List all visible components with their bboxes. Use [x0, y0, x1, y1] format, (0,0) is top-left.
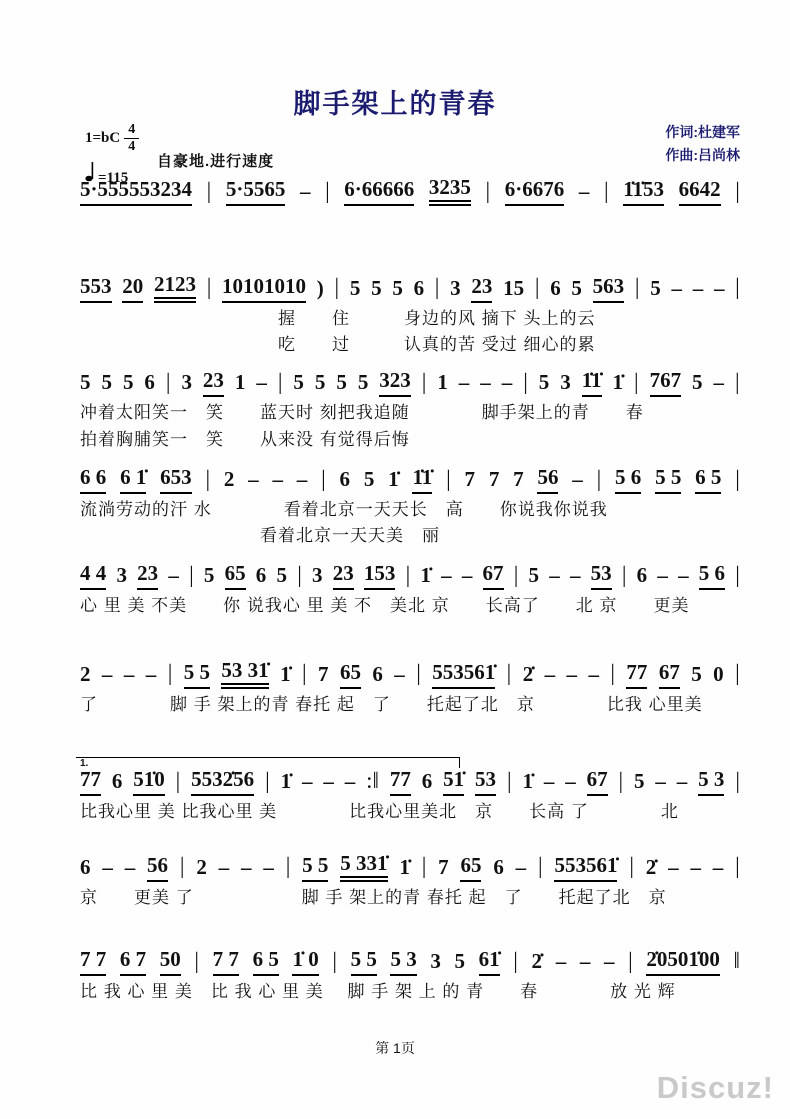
volta-bracket [76, 757, 460, 768]
barline: | [597, 466, 602, 494]
music-system: 4 4323–|56565|323153|1̇––67|5––53|6––5 6… [80, 562, 740, 659]
barline: | [278, 369, 283, 397]
barline: | [422, 369, 427, 397]
note-token: – [248, 468, 259, 494]
barline: | [523, 369, 528, 397]
note-token: 3 [450, 277, 461, 303]
note-token: 563 [593, 275, 625, 303]
music-system: 2–––|5 553 31̇1̇|7656–|553561̇|2̇–––|776… [80, 659, 740, 756]
note-token: 5 6 [615, 466, 641, 494]
barline: | [321, 466, 326, 494]
note-token: – [545, 663, 556, 689]
music-system: 1.77651̇0|5532̇56|1̇–––:‖77651̇53|1̇––67… [80, 755, 740, 852]
note-token: 6·6676 [505, 178, 565, 206]
note-token: 7 [318, 663, 329, 689]
note-token: 23 [471, 275, 492, 303]
barline: | [286, 853, 291, 881]
page-number: 第 1页 [0, 1038, 790, 1058]
note-token: 5 3 [698, 768, 724, 796]
expression-marking: 自豪地.进行速度 [157, 150, 274, 171]
barline: | [514, 562, 519, 590]
note-token: 1̇ [281, 770, 292, 796]
lyrics-line: 拍着胸脯笑一 笑 从来没 有觉得后悔 [80, 429, 740, 450]
note-token: – [459, 371, 470, 397]
note-token: 2 [196, 856, 207, 882]
note-token: 6 [144, 371, 155, 397]
note-token: 5 5 [302, 854, 328, 882]
note-token: 7 [489, 468, 500, 494]
note-token: 553561̇ [432, 661, 495, 689]
note-token: – [480, 371, 491, 397]
note-token: 2 [224, 468, 235, 494]
lyrics-line: 比 我 心 里 美 比 我 心 里 美 脚 手 架 上 的 青 春 放 光 辉 [80, 981, 740, 1002]
note-token: – [671, 277, 682, 303]
note-token: 6 [422, 770, 433, 796]
note-token: – [570, 564, 581, 590]
music-system: 5·555553234|5·5565–|6·666663235|6·6676–|… [80, 176, 740, 273]
note-token: – [677, 770, 688, 796]
note-token: – [462, 564, 473, 590]
note-token: 2̇0501̇00 [646, 948, 720, 976]
barline: | [168, 660, 173, 688]
barline: | [735, 274, 740, 302]
discuz-watermark: Discuz! [657, 1070, 774, 1106]
note-token: 23 [333, 562, 354, 590]
note-token: – [394, 663, 405, 689]
note-token: 6 5 [253, 948, 279, 976]
note-token: 5 [529, 564, 540, 590]
barline: | [735, 853, 740, 881]
note-token: – [263, 856, 274, 882]
note-token: 51̇ [443, 768, 464, 796]
note-token: 5 [392, 277, 403, 303]
note-token: – [124, 663, 135, 689]
note-token: 6642 [679, 178, 721, 206]
barline: | [538, 853, 543, 881]
note-token: 6 6 [80, 466, 106, 494]
note-token: 5 [571, 277, 582, 303]
note-token: – [565, 770, 576, 796]
lyrics-line: 京 更美 了 脚 手 架上的青 春托 起 了 托起了北 京 [80, 887, 740, 908]
notes-row: 7 76 750|7 76 51̇ 0|5 55 33561̇|2̇–––|2̇… [80, 948, 740, 976]
note-token: 15 [503, 277, 524, 303]
lyrics-line: 冲着太阳笑一 笑 蓝天时 刻把我追随 脚手架上的青 春 [80, 402, 740, 423]
note-token: 6 [550, 277, 561, 303]
note-token: – [556, 950, 567, 976]
note-token: 5·555553234 [80, 178, 192, 206]
note-token: – [441, 564, 452, 590]
notes-row: 6––56|2–––|5 55 331̇1̇|7656–|553561̇|2̇–… [80, 852, 740, 882]
note-token: 77 [626, 661, 647, 689]
note-token: 5532̇56 [191, 768, 254, 796]
note-token: 7 7 [213, 948, 239, 976]
barline: | [622, 562, 627, 590]
note-token: 56 [147, 854, 168, 882]
barline: | [634, 369, 639, 397]
barline: | [205, 466, 210, 494]
note-token: – [297, 468, 308, 494]
barline: | [735, 660, 740, 688]
note-token: 5 5 [351, 948, 377, 976]
barline: | [435, 274, 440, 302]
barline: | [406, 562, 411, 590]
note-token: 3 [116, 564, 127, 590]
note-token: 5 5 [655, 466, 681, 494]
note-token: 77 [390, 768, 411, 796]
note-token: 1̇1̇ [412, 466, 432, 494]
note-token: – [516, 856, 527, 882]
note-token: 53 [591, 562, 612, 590]
note-token: – [714, 371, 725, 397]
barline: | [332, 948, 337, 976]
note-token: – [668, 856, 679, 882]
note-token: 23 [203, 369, 224, 397]
note-token: 1 [235, 371, 246, 397]
note-token: – [567, 663, 578, 689]
barline: | [189, 562, 194, 590]
note-token: 323 [379, 369, 411, 397]
note-token: 1̇1̇53 [623, 178, 664, 206]
note-token: 653 [160, 466, 192, 494]
barline: | [604, 178, 609, 206]
note-token: 65 [225, 562, 246, 590]
note-token: – [655, 770, 666, 796]
barline: | [735, 369, 740, 397]
note-token: – [580, 950, 591, 976]
note-token: 77 [80, 768, 101, 796]
note-token: – [604, 950, 615, 976]
note-token: 65 [460, 854, 481, 882]
note-token: – [168, 564, 179, 590]
note-token: 3 [430, 950, 441, 976]
barline: | [610, 660, 615, 688]
note-token: 5 [691, 663, 702, 689]
note-token: 5·5565 [226, 178, 286, 206]
barline: | [176, 768, 181, 796]
note-token: – [713, 856, 724, 882]
barline: | [735, 562, 740, 590]
note-token: 67 [659, 661, 680, 689]
barline: | [635, 274, 640, 302]
note-token: 5 6 [699, 562, 725, 590]
time-signature: 4 4 [124, 123, 139, 154]
barline: | [507, 768, 512, 796]
note-token: – [302, 770, 313, 796]
note-token: – [146, 663, 157, 689]
barline: :‖ [366, 768, 379, 796]
note-token: 5 [101, 371, 112, 397]
note-token: 5 [80, 371, 91, 397]
barline: | [507, 660, 512, 688]
note-token: 1 [437, 371, 448, 397]
note-token: – [549, 564, 560, 590]
note-token: 50 [160, 948, 181, 976]
barline: | [416, 660, 421, 688]
music-system: 5556|3231–|5555323|1–––|531̇1̇1̇|7675–|冲… [80, 369, 740, 466]
barline: | [735, 466, 740, 494]
barline: | [446, 466, 451, 494]
note-token: 6 [372, 663, 383, 689]
meter-denominator: 4 [124, 139, 139, 154]
note-token: – [219, 856, 230, 882]
note-token: – [588, 663, 599, 689]
note-token: 7 [438, 856, 449, 882]
barline: | [486, 178, 491, 206]
note-token: 65 [340, 661, 361, 689]
note-token: 2̇ [523, 663, 534, 689]
notes-row: 5·555553234|5·5565–|6·666663235|6·6676–|… [80, 176, 740, 206]
note-token: – [502, 371, 513, 397]
note-token: 5 331̇ [340, 852, 387, 882]
barline: | [735, 178, 740, 206]
music-system: 7 76 750|7 76 51̇ 0|5 55 33561̇|2̇–––|2̇… [80, 948, 740, 1045]
note-token: 0 [713, 663, 724, 689]
note-token: 5 [350, 277, 361, 303]
meter-numerator: 4 [124, 123, 139, 139]
barline: | [207, 178, 212, 206]
barline: | [535, 274, 540, 302]
barline: | [422, 853, 427, 881]
note-token: – [241, 856, 252, 882]
barline: | [297, 562, 302, 590]
note-token: – [544, 770, 555, 796]
volta-label: 1. [80, 758, 91, 769]
note-token: – [572, 468, 583, 494]
note-token: 7 [513, 468, 524, 494]
note-token: 1̇ [522, 770, 533, 796]
lyricist-credit: 作词:杜建军 [665, 121, 740, 144]
note-token: – [657, 564, 668, 590]
music-systems: 5·555553234|5·5565–|6·666663235|6·6676–|… [80, 176, 740, 1045]
note-token: 6 [414, 277, 425, 303]
note-token: 6 7 [120, 948, 146, 976]
note-token: 1̇ [420, 564, 431, 590]
note-token: 5 [204, 564, 215, 590]
barline: | [180, 853, 185, 881]
note-token: 153 [364, 562, 396, 590]
note-token: 67 [587, 768, 608, 796]
note-token: 1̇1̇ [582, 369, 602, 397]
note-token: 5 [634, 770, 645, 796]
note-token: 5 [455, 950, 466, 976]
note-token: – [693, 277, 704, 303]
note-token: – [714, 277, 725, 303]
lyrics-line: 比我心里 美 比我心里 美 比我心里美北 京 长高 了 北 [80, 801, 740, 822]
note-token: 3235 [429, 176, 471, 206]
note-token: 6 [112, 770, 123, 796]
lyrics-line: 看着北京一天天美 丽 [80, 525, 740, 546]
note-token: 5 [315, 371, 326, 397]
note-token: 1̇ 0 [292, 948, 318, 976]
music-system: 553202123|10101010)|5556|32315|65563|5––… [80, 273, 740, 370]
note-token: 6 1̇ [120, 466, 146, 494]
barline: | [302, 660, 307, 688]
note-token: 6·66666 [344, 178, 414, 206]
lyrics-line: 流淌劳动的汗 水 看着北京一天天长 高 你说我你说我 [80, 499, 740, 520]
note-token: – [102, 856, 113, 882]
note-token: 767 [650, 369, 682, 397]
note-token: 5 [336, 371, 347, 397]
note-token: 6 [637, 564, 648, 590]
barline: ‖ [734, 948, 740, 976]
note-token: 7 7 [80, 948, 106, 976]
note-token: 53 31̇ [221, 659, 268, 689]
note-token: 2123 [154, 273, 196, 303]
volta-row: 1. [80, 755, 740, 768]
note-token: – [102, 663, 113, 689]
note-token: 5 [293, 371, 304, 397]
note-token: 1̇ [280, 663, 291, 689]
note-token: 3 [560, 371, 571, 397]
note-token: 23 [137, 562, 158, 590]
composer-credit: 作曲:吕尚林 [665, 144, 740, 167]
note-token: 2̇ [646, 856, 657, 882]
note-token: 553561̇ [554, 854, 617, 882]
note-token: 3 [181, 371, 192, 397]
note-token: 1̇ [399, 856, 410, 882]
note-token: – [125, 856, 136, 882]
barline: | [619, 768, 624, 796]
barline: | [513, 948, 518, 976]
note-token: – [579, 180, 590, 206]
music-system: 6 66 1̇653|2–––|651̇1̇1̇|77756–|5 65 56 … [80, 466, 740, 563]
barline: | [335, 274, 340, 302]
note-token: 1̇ [388, 468, 399, 494]
note-token: 51̇0 [133, 768, 165, 796]
note-token: 6 5 [695, 466, 721, 494]
song-title: 脚手架上的青春 [0, 82, 790, 121]
barline: | [265, 768, 270, 796]
note-token: – [300, 180, 311, 206]
note-token: 6 [80, 856, 91, 882]
note-token: 5 [276, 564, 287, 590]
note-token: 4 4 [80, 562, 106, 590]
notes-row: 553202123|10101010)|5556|32315|65563|5––… [80, 273, 740, 303]
note-token: 53 [475, 768, 496, 796]
notes-row: 5556|3231–|5555323|1–––|531̇1̇1̇|7675–| [80, 369, 740, 397]
lyrics-line: 了 脚 手 架上的青 春托 起 了 托起了北 京 比我 心里美 [80, 694, 740, 715]
lyrics-line: 吃 过 认真的苦 受过 细心的累 [80, 334, 740, 355]
note-token: – [678, 564, 689, 590]
note-token: 6 [340, 468, 351, 494]
note-token: 5 [539, 371, 550, 397]
barline: | [207, 274, 212, 302]
note-token: 5 [364, 468, 375, 494]
note-token: – [690, 856, 701, 882]
barline: | [628, 948, 633, 976]
note-token: 2 [80, 663, 91, 689]
lyrics-line: 握 住 身边的风 摘下 头上的云 [80, 308, 740, 329]
notes-row: 2–––|5 553 31̇1̇|7656–|553561̇|2̇–––|776… [80, 659, 740, 689]
notes-row: 77651̇0|5532̇56|1̇–––:‖77651̇53|1̇––67|5… [80, 768, 740, 796]
note-token: 5 [692, 371, 703, 397]
note-token: 5 [650, 277, 661, 303]
note-token: 3 [312, 564, 323, 590]
notes-row: 4 4323–|56565|323153|1̇––67|5––53|6––5 6… [80, 562, 740, 590]
note-token: 5 [371, 277, 382, 303]
note-token: 10101010 [222, 275, 306, 303]
note-token: 67 [483, 562, 504, 590]
note-token: ) [317, 277, 324, 303]
note-token: 1̇ [613, 371, 624, 397]
note-token: 553 [80, 275, 112, 303]
note-token: 61̇ [479, 948, 500, 976]
note-token: 5 5 [184, 661, 210, 689]
barline: | [325, 178, 330, 206]
note-token: 2̇ [532, 950, 543, 976]
credits-block: 作词:杜建军 作曲:吕尚林 [665, 121, 740, 167]
barline: | [166, 369, 171, 397]
notes-row: 6 66 1̇653|2–––|651̇1̇1̇|77756–|5 65 56 … [80, 466, 740, 494]
note-token: 7 [465, 468, 476, 494]
barline: | [735, 768, 740, 796]
note-token: – [345, 770, 356, 796]
note-token: 5 [358, 371, 369, 397]
key-label: 1=bC [85, 130, 120, 147]
lyrics-line: 心 里 美 不美 你 说我心 里 美 不 美北 京 长高了 北 京 更美 [80, 595, 740, 616]
note-token: – [323, 770, 334, 796]
music-system: 6––56|2–––|5 55 331̇1̇|7656–|553561̇|2̇–… [80, 852, 740, 949]
note-token: 5 [123, 371, 134, 397]
barline: | [629, 853, 634, 881]
note-token: – [256, 371, 267, 397]
barline: | [194, 948, 199, 976]
note-token: 56 [537, 466, 558, 494]
note-token: – [272, 468, 283, 494]
note-token: 6 [493, 856, 504, 882]
note-token: 6 [256, 564, 267, 590]
note-token: 20 [122, 275, 143, 303]
note-token: 5 3 [390, 948, 416, 976]
